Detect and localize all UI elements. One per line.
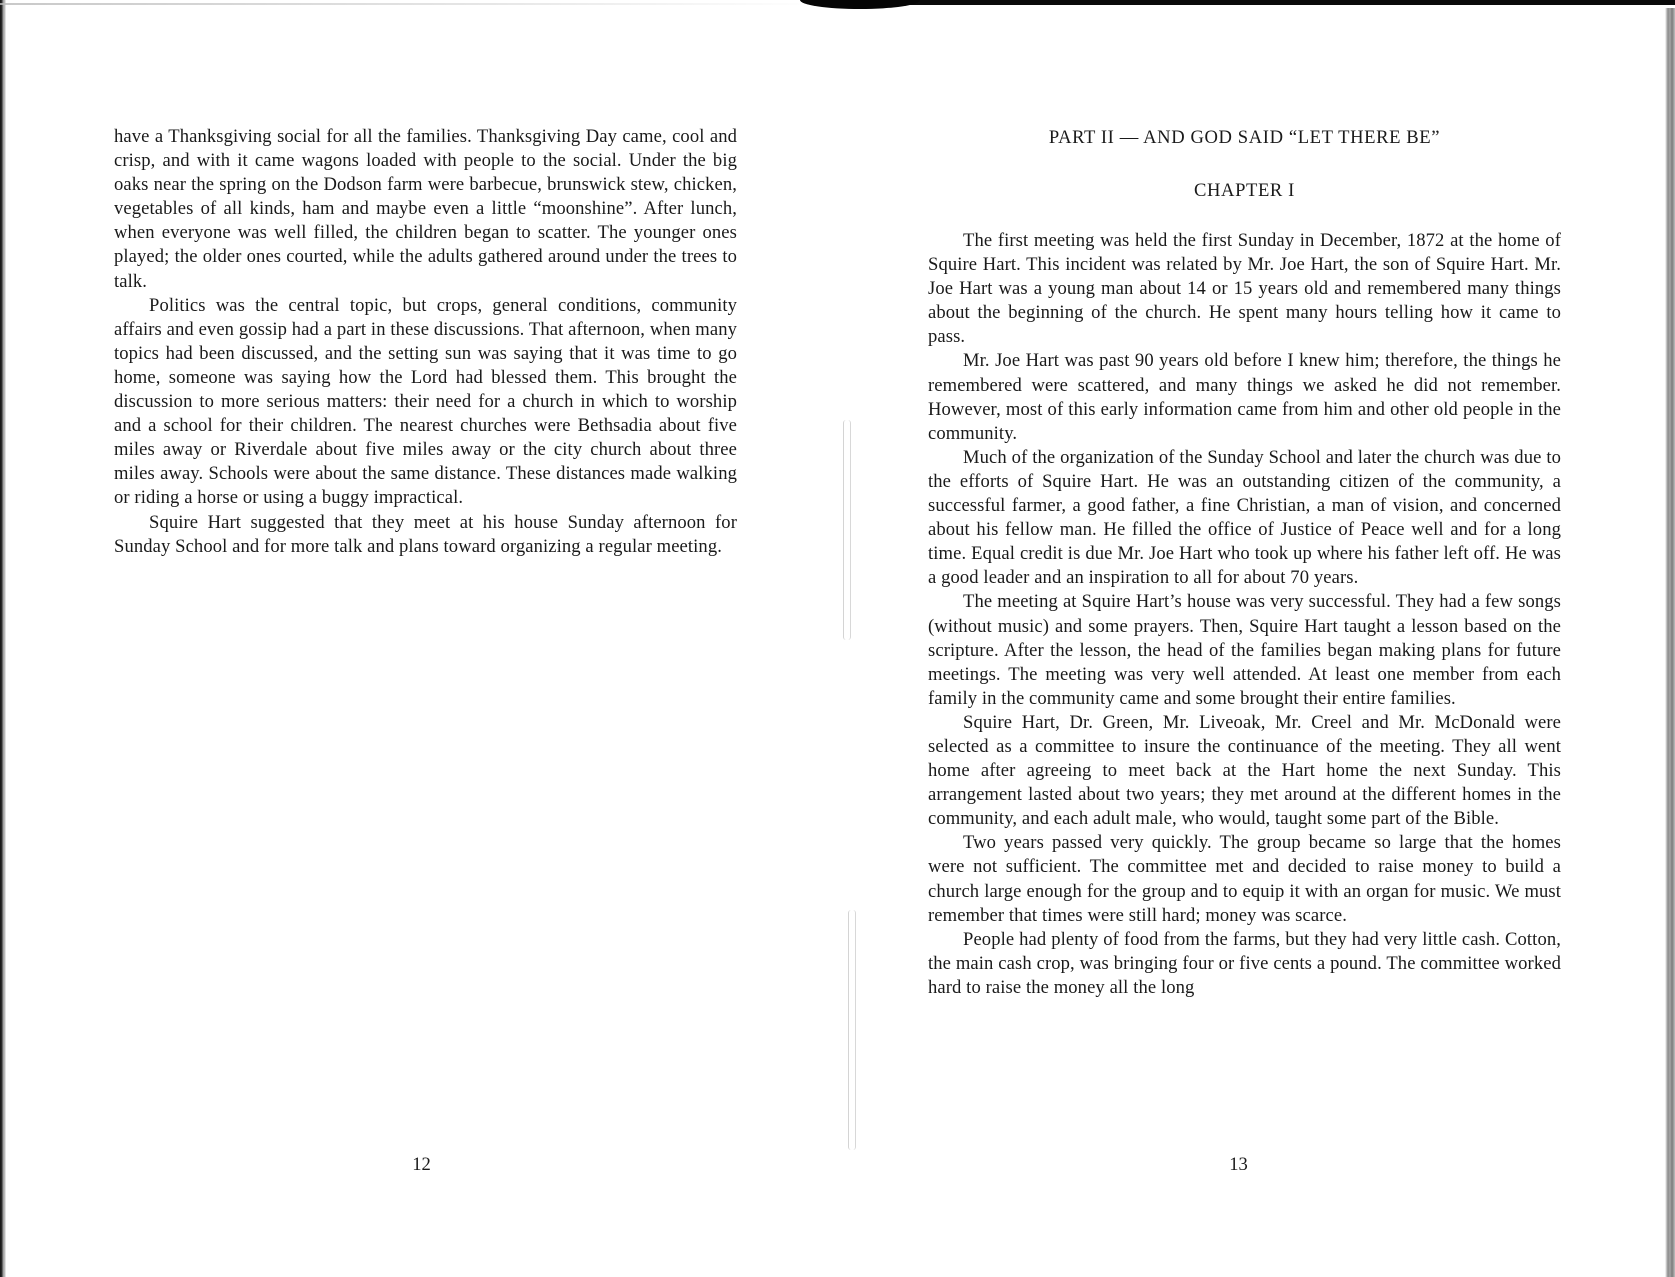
- page-number: 13: [922, 1154, 1555, 1176]
- paragraph: Squire Hart, Dr. Green, Mr. Liveoak, Mr.…: [928, 711, 1561, 831]
- paragraph: Squire Hart suggested that they meet at …: [114, 511, 737, 559]
- gutter-shadow: [800, 0, 920, 9]
- paragraph: The meeting at Squire Hart’s house was v…: [928, 590, 1561, 710]
- paragraph: Mr. Joe Hart was past 90 years old befor…: [928, 349, 1561, 445]
- paragraph: Politics was the central topic, but crop…: [114, 294, 737, 511]
- paragraph: Two years passed very quickly. The group…: [928, 831, 1561, 927]
- page-number: 12: [110, 1154, 733, 1176]
- paragraph: People had plenty of food from the farms…: [928, 928, 1561, 1000]
- paragraph: The first meeting was held the first Sun…: [928, 229, 1561, 349]
- left-scan-edge: [0, 0, 6, 1277]
- gutter-crease-mark: [843, 420, 851, 640]
- left-page-body: have a Thanksgiving social for all the f…: [114, 125, 737, 559]
- chapter-heading: CHAPTER I: [928, 180, 1561, 202]
- paragraph: have a Thanksgiving social for all the f…: [114, 125, 737, 294]
- right-page-body: The first meeting was held the first Sun…: [928, 229, 1561, 1000]
- left-top-edge: [0, 3, 820, 5]
- gutter-crease-mark: [848, 910, 856, 1150]
- book-spread: have a Thanksgiving social for all the f…: [0, 0, 1675, 1277]
- right-scan-edge: [1665, 8, 1675, 1277]
- part-heading: PART II — AND GOD SAID “LET THERE BE”: [928, 127, 1561, 149]
- paragraph: Much of the organization of the Sunday S…: [928, 446, 1561, 591]
- right-top-edge: [820, 0, 1675, 5]
